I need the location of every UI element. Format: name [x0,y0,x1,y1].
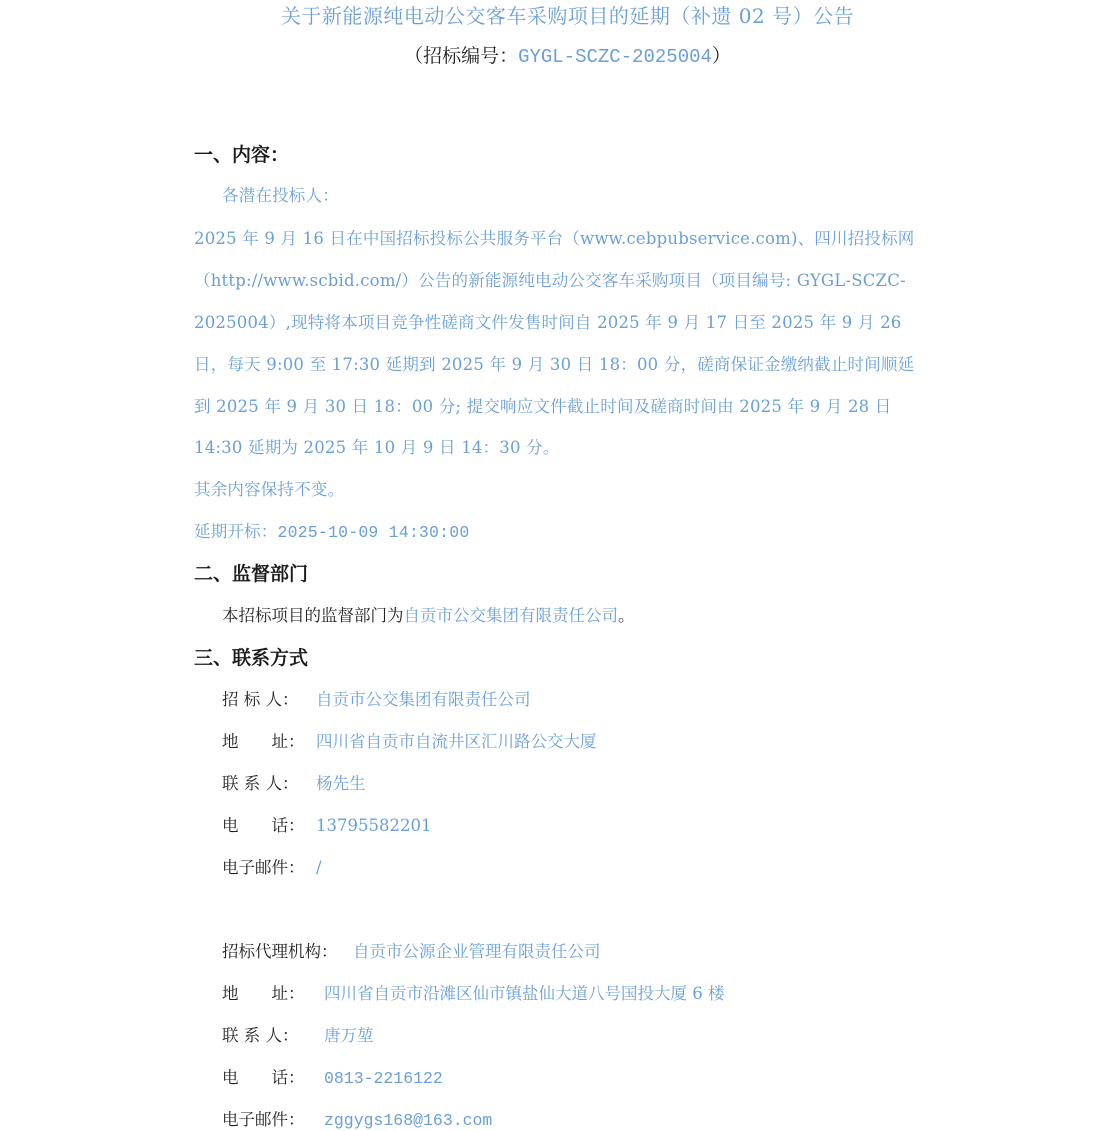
paragraph-line: 2025004）,现特将本项目竞争性磋商文件发售时间自 2025 年 9 月 1… [194,309,902,333]
tenderer-name-row: 招 标 人：自贡市公交集团有限责任公司 [222,686,531,710]
section-heading-content: 一、内容： [194,140,289,167]
tender-number: （招标编号：GYGL-SCZC-2025004） [0,41,1107,68]
field-value: 四川省自贡市沿滩区仙市镇盐仙大道八号国投大厦 6 楼 [324,984,725,1003]
tenderer-address-row: 地 址：四川省自贡市自流井区汇川路公交大厦 [222,728,597,752]
field-value: 自贡市公交集团有限责任公司 [316,690,531,709]
field-value: 杨先生 [316,774,366,793]
field-label: 联 系 人： [222,770,316,794]
greeting: 各潜在投标人： [222,182,339,206]
field-value: 唐万堃 [324,1026,374,1045]
agency-name-row: 招标代理机构：自贡市公源企业管理有限责任公司 [222,938,601,962]
tenderer-phone-row: 电 话：13795582201 [222,812,431,836]
section-heading-supervision: 二、监督部门 [194,559,308,586]
field-value: zggygs168@163.com [324,1111,492,1130]
field-label: 电 话： [222,812,316,836]
agency-phone-row: 电 话：0813-2216122 [222,1064,443,1088]
paragraph-line: 日，每天 9:00 至 17:30 延期到 2025 年 9 月 30 日 18… [194,351,914,375]
field-label: 联 系 人： [222,1022,324,1046]
paragraph-line: 14:30 延期为 2025 年 10 月 9 日 14：30 分。 [194,434,560,458]
field-label: 电子邮件： [222,1106,324,1130]
delayed-opening-label: 延期开标： [194,522,278,541]
document-title: 关于新能源纯电动公交客车采购项目的延期（补遗 02 号）公告 [0,0,1107,29]
delayed-opening-value: 2025-10-09 14:30:00 [278,523,470,542]
agency-address-row: 地 址：四川省自贡市沿滩区仙市镇盐仙大道八号国投大厦 6 楼 [222,980,725,1004]
tender-number-prefix: （招标编号： [404,45,518,67]
delayed-opening: 延期开标：2025-10-09 14:30:00 [194,518,469,542]
field-label: 地 址： [222,980,324,1004]
agency-email-row: 电子邮件：zggygs168@163.com [222,1106,492,1130]
paragraph-line: 到 2025 年 9 月 30 日 18：00 分; 提交响应文件截止时间及磋商… [194,393,892,417]
tender-number-suffix: ） [712,45,731,67]
section-heading-contact: 三、联系方式 [194,643,308,670]
supervision-prefix: 本招标项目的监督部门为 [222,606,404,625]
tenderer-contact-row: 联 系 人：杨先生 [222,770,366,794]
remainder-note: 其余内容保持不变。 [194,476,344,500]
field-label: 招 标 人： [222,686,316,710]
agency-contact-row: 联 系 人：唐万堃 [222,1022,374,1046]
field-label: 电子邮件： [222,854,316,878]
field-value: 自贡市公源企业管理有限责任公司 [353,942,601,961]
tenderer-email-row: 电子邮件：/ [222,854,322,878]
field-label: 招标代理机构： [222,938,353,962]
field-label: 电 话： [222,1064,324,1088]
field-value: 四川省自贡市自流井区汇川路公交大厦 [316,732,597,751]
field-value: / [316,858,322,877]
paragraph-line: 2025 年 9 月 16 日在中国招标投标公共服务平台（www.cebpubs… [194,225,915,249]
supervision-suffix: 。 [618,606,635,625]
supervision-text: 本招标项目的监督部门为自贡市公交集团有限责任公司。 [222,602,635,626]
supervision-org: 自贡市公交集团有限责任公司 [404,606,619,625]
paragraph-line: （http://www.scbid.com/）公告的新能源纯电动公交客车采购项目… [194,267,906,291]
field-label: 地 址： [222,728,316,752]
field-value: 0813-2216122 [324,1069,443,1088]
tender-number-code: GYGL-SCZC-2025004 [518,46,712,68]
field-value: 13795582201 [316,816,431,835]
